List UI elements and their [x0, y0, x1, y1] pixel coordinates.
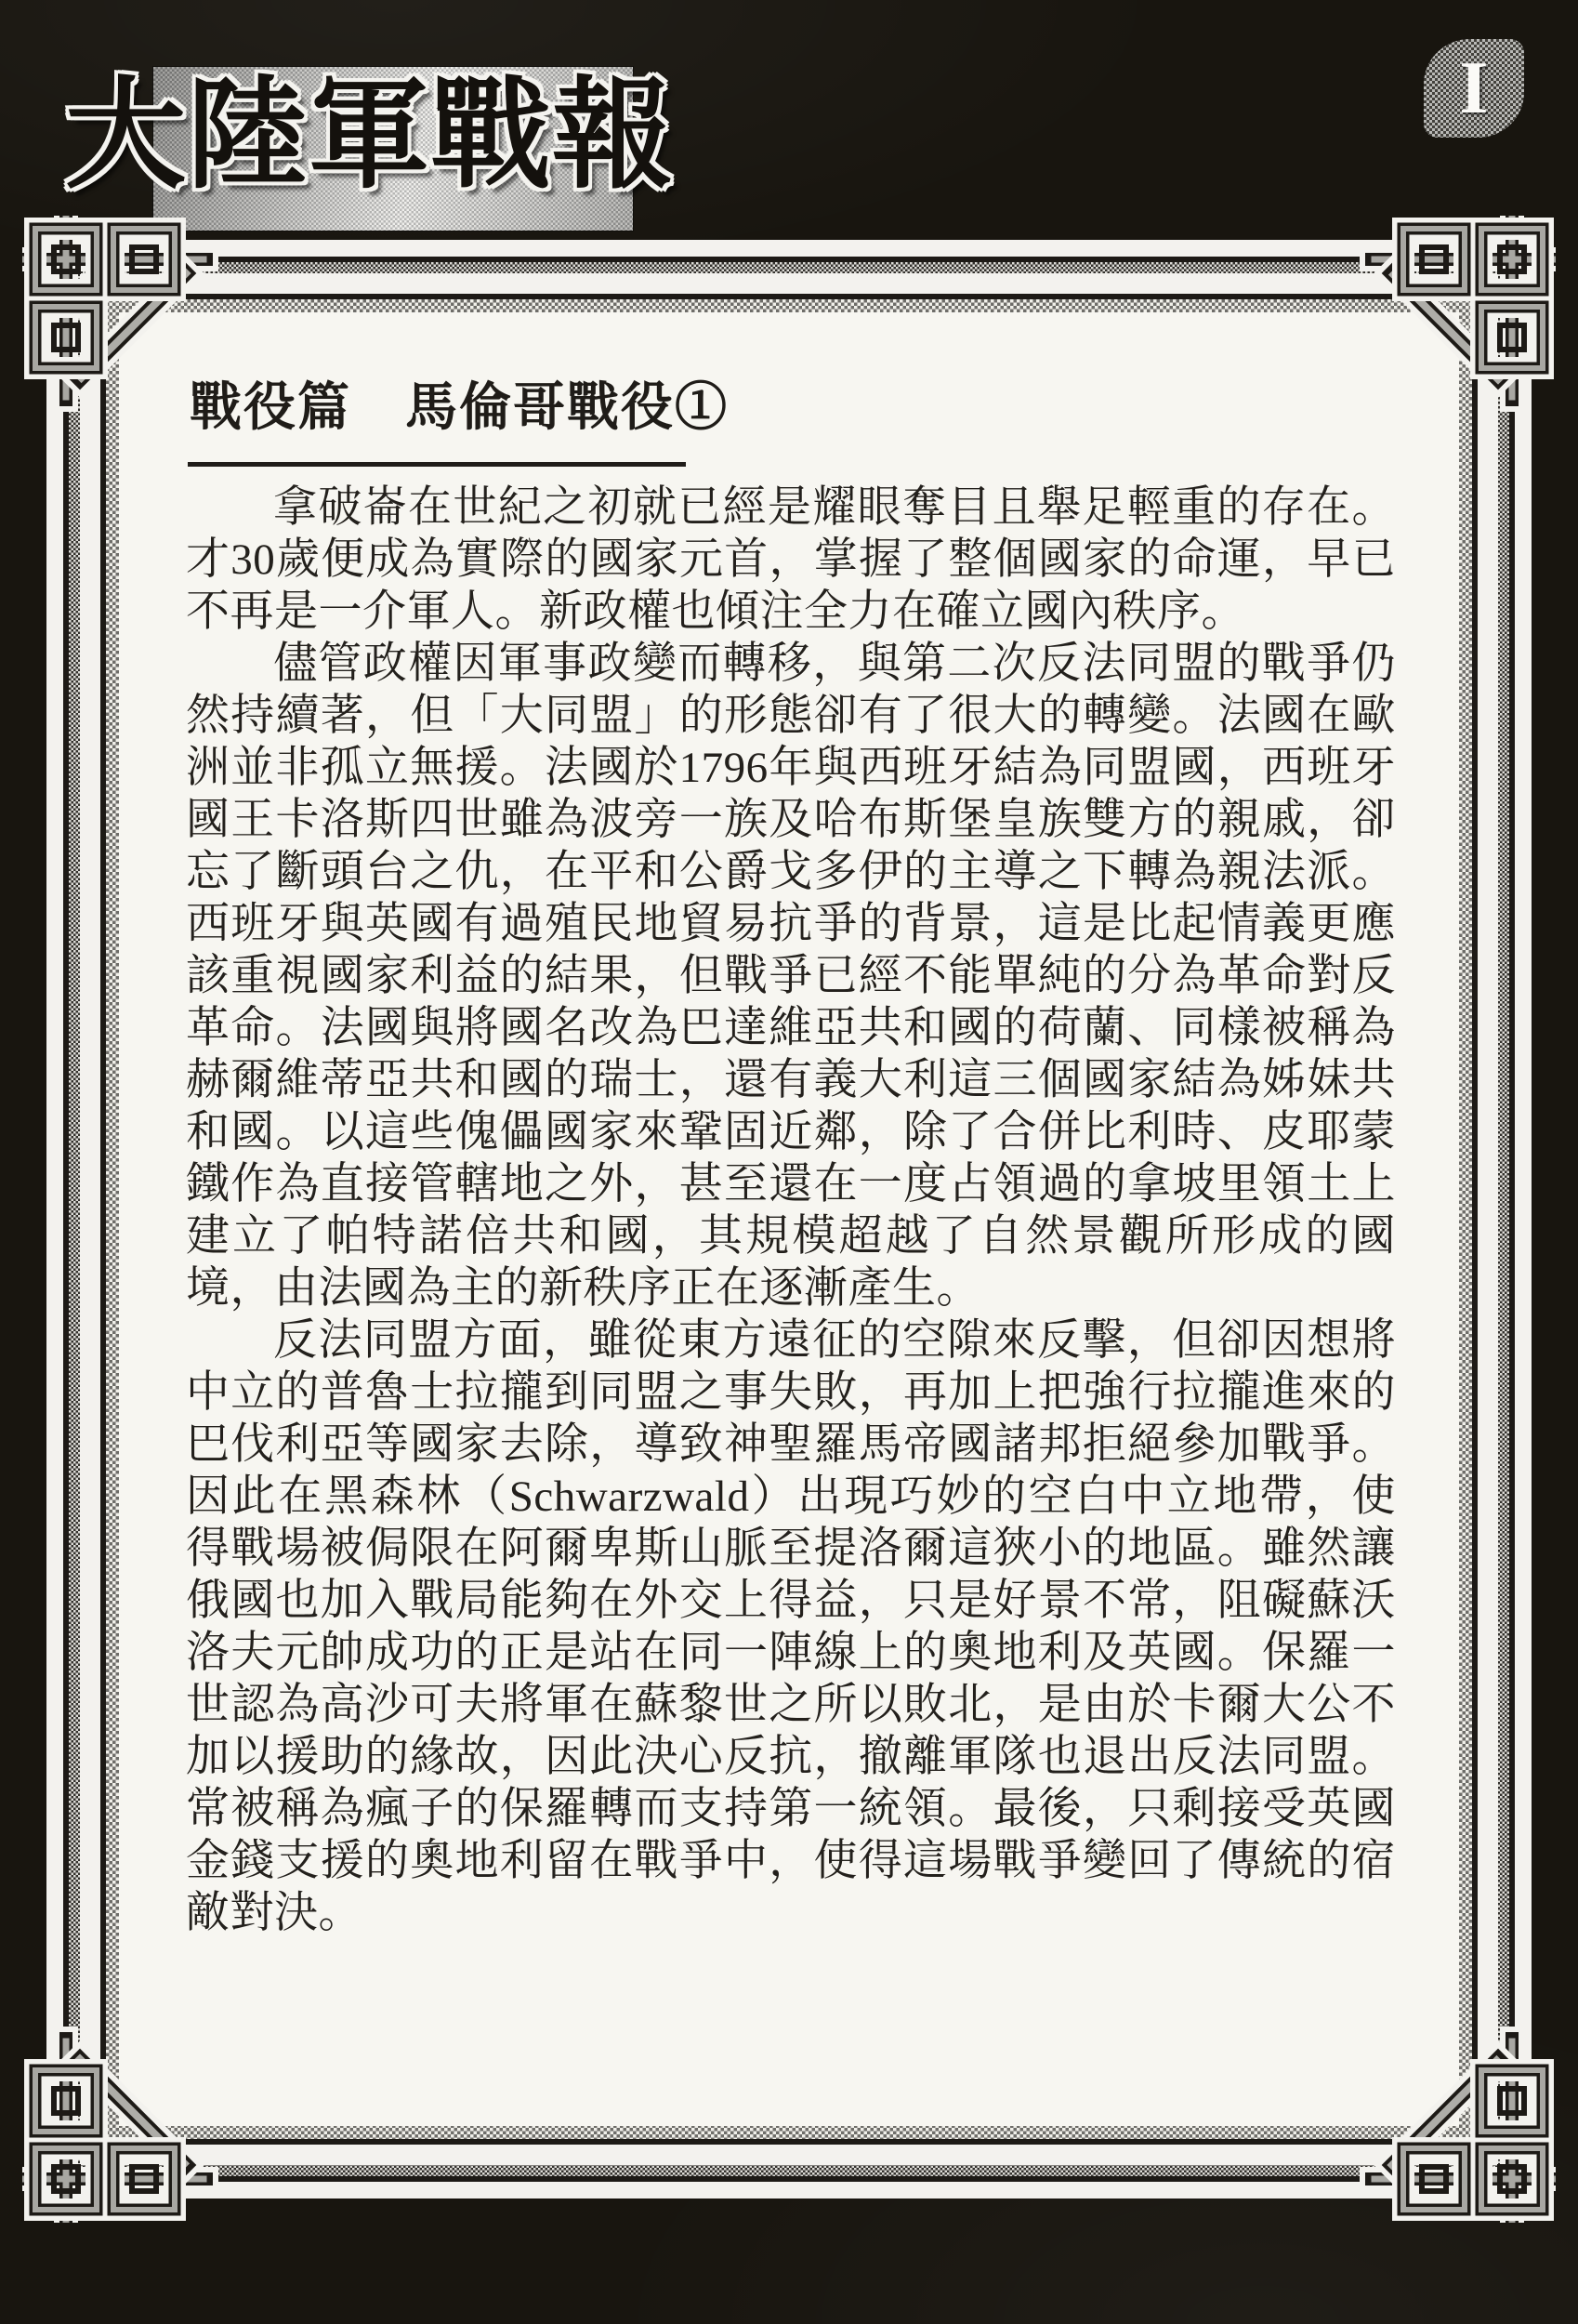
scanned-book-page: 大陸軍戰報 I 戰役篇 馬倫哥戰役① 拿: [0, 0, 1578, 2324]
decorative-frame: 戰役篇 馬倫哥戰役① 拿破崙在世紀之初就已經是耀眼奪目且舉足輕重的存在。才30歲…: [46, 240, 1532, 2199]
frame-band-light-halftone: 戰役篇 馬倫哥戰役① 拿破崙在世紀之初就已經是耀眼奪目且舉足輕重的存在。才30歲…: [106, 299, 1472, 2139]
frame-band-inner-black-line: 戰役篇 馬倫哥戰役① 拿破崙在世紀之初就已經是耀眼奪目且舉足輕重的存在。才30歲…: [100, 294, 1478, 2145]
masthead-title: 大陸軍戰報: [65, 61, 678, 209]
article-heading: 戰役篇 馬倫哥戰役①: [190, 377, 1400, 440]
paragraph-2: 儘管政權因軍事政變而轉移，與第二次反法同盟的戰爭仍然持續著，但「大同盟」的形態卻…: [186, 638, 1396, 1314]
frame-band-inner-white: 戰役篇 馬倫哥戰役① 拿破崙在世紀之初就已經是耀眼奪目且舉足輕重的存在。才30歲…: [80, 273, 1498, 2165]
frame-band-outer-white: 戰役篇 馬倫哥戰役① 拿破崙在世紀之初就已經是耀眼奪目且舉足輕重的存在。才30歲…: [46, 240, 1532, 2199]
page-numeral: I: [1459, 51, 1488, 125]
paragraph-3: 反法同盟方面，雖從東方遠征的空隙來反擊，但卻因想將中立的普魯士拉攏到同盟之事失敗…: [186, 1314, 1396, 1939]
frame-band-dark-halftone: 戰役篇 馬倫哥戰役① 拿破崙在世紀之初就已經是耀眼奪目且舉足輕重的存在。才30歲…: [69, 262, 1509, 2176]
article-body: 拿破崙在世紀之初就已經是耀眼奪目且舉足輕重的存在。才30歲便成為實際的國家元首，…: [186, 482, 1400, 1939]
article-paper: 戰役篇 馬倫哥戰役① 拿破崙在世紀之初就已經是耀眼奪目且舉足輕重的存在。才30歲…: [119, 312, 1459, 2126]
heading-underline: [188, 462, 686, 467]
paragraph-1: 拿破崙在世紀之初就已經是耀眼奪目且舉足輕重的存在。才30歲便成為實際的國家元首，…: [186, 482, 1396, 638]
frame-band-outer-black-line: 戰役篇 馬倫哥戰役① 拿破崙在世紀之初就已經是耀眼奪目且舉足輕重的存在。才30歲…: [63, 257, 1515, 2182]
page-number-badge: I: [1424, 39, 1524, 138]
